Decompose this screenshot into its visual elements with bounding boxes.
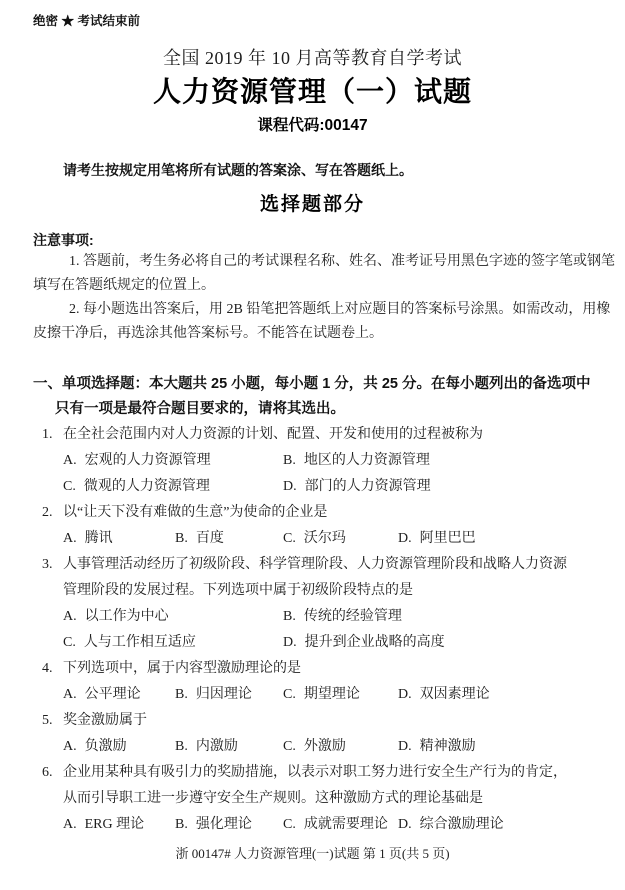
question-text-line-1: 企业用某种具有吸引力的奖励措施，以表示对职工努力进行安全生产行为的肯定， [63, 760, 592, 786]
option-text: 强化理论 [196, 817, 252, 832]
option-label: D. [398, 739, 412, 754]
question-text-line-1: 人事管理活动经历了初级阶段、科学管理阶段、人力资源管理阶段和战略人力资源 [63, 552, 592, 578]
question-6: 6. 企业用某种具有吸引力的奖励措施，以表示对职工努力进行安全生产行为的肯定， … [33, 760, 592, 838]
exam-title: 人力资源管理（一）试题 [33, 75, 592, 109]
question-list: 1. 在全社会范围内对人力资源的计划、配置、开发和使用的过程被称为 A.宏观的人… [33, 422, 592, 838]
option-label: B. [175, 531, 188, 546]
option-text: 沃尔玛 [304, 531, 346, 546]
option-text: 地区的人力资源管理 [304, 453, 430, 468]
option-d: D.精神激励 [398, 734, 592, 760]
option-b: B.归因理论 [175, 682, 283, 708]
option-d: D.双因素理论 [398, 682, 592, 708]
option-d: D.阿里巴巴 [398, 526, 592, 552]
option-c: C.人与工作相互适应 [63, 630, 283, 656]
question-options: A.负激励 B.内激励 C.外激励 D.精神激励 [63, 734, 592, 760]
question-text: 奖金激励属于 [63, 708, 592, 734]
question-options: A.ERG 理论 B.强化理论 C.成就需要理论 D.综合激励理论 [63, 812, 592, 838]
option-label: A. [63, 817, 77, 832]
question-3: 3. 人事管理活动经历了初级阶段、科学管理阶段、人力资源管理阶段和战略人力资源 … [33, 552, 592, 656]
question-number: 1. [42, 422, 63, 500]
notice-item-2-line-2: 皮擦干净后，再选涂其他答案标号。不能答在试题卷上。 [33, 322, 592, 346]
option-label: A. [63, 687, 77, 702]
option-label: D. [398, 687, 412, 702]
option-text: 成就需要理论 [304, 817, 388, 832]
option-b: B.强化理论 [175, 812, 283, 838]
option-label: B. [175, 687, 188, 702]
option-text: 传统的经验管理 [304, 609, 402, 624]
option-label: C. [63, 479, 76, 494]
option-text: 公平理论 [85, 687, 141, 702]
option-text: 宏观的人力资源管理 [85, 453, 211, 468]
option-d: D.综合激励理论 [398, 812, 592, 838]
option-label: B. [175, 817, 188, 832]
option-text: 内激励 [196, 739, 238, 754]
part-one-heading: 一、单项选择题：本大题共 25 小题，每小题 1 分，共 25 分。在每小题列出… [33, 372, 592, 422]
question-text: 以“让天下没有难做的生意”为使命的企业是 [63, 500, 592, 526]
option-label: D. [283, 635, 297, 650]
notice-item-2-line-1: 2. 每小题选出答案后，用 2B 铅笔把答题纸上对应题目的答案标号涂黑。如需改动… [33, 298, 592, 322]
answer-instruction: 请考生按规定用笔将所有试题的答案涂、写在答题纸上。 [33, 160, 592, 180]
option-label: C. [283, 817, 296, 832]
question-number: 4. [42, 656, 63, 708]
option-a: A.负激励 [63, 734, 175, 760]
exam-paper-page: 绝密 ★ 考试结束前 全国 2019 年 10 月高等教育自学考试 人力资源管理… [0, 0, 625, 890]
question-number: 2. [42, 500, 63, 552]
question-text-line-2: 管理阶段的发展过程。下列选项中属于初级阶段特点的是 [63, 578, 592, 604]
exam-session-title: 全国 2019 年 10 月高等教育自学考试 [33, 46, 592, 70]
option-text: 归因理论 [196, 687, 252, 702]
option-c: C.微观的人力资源管理 [63, 474, 283, 500]
question-options: A.腾讯 B.百度 C.沃尔玛 D.阿里巴巴 [63, 526, 592, 552]
option-b: B.百度 [175, 526, 283, 552]
option-a: A.宏观的人力资源管理 [63, 448, 283, 474]
notice-block: 注意事项: 1. 答题前，考生务必将自己的考试课程名称、姓名、准考证号用黑色字迹… [33, 230, 592, 346]
option-label: D. [398, 817, 412, 832]
section-title: 选择题部分 [33, 192, 592, 218]
option-text: 百度 [196, 531, 224, 546]
option-text: 阿里巴巴 [420, 531, 476, 546]
question-options: A.以工作为中心 B.传统的经验管理 C.人与工作相互适应 D.提升到企业战略的… [63, 604, 592, 656]
option-text: 人与工作相互适应 [84, 635, 196, 650]
option-label: B. [175, 739, 188, 754]
option-text: 综合激励理论 [420, 817, 504, 832]
question-number: 5. [42, 708, 63, 760]
option-text: 微观的人力资源管理 [84, 479, 210, 494]
option-label: B. [283, 453, 296, 468]
option-label: C. [283, 687, 296, 702]
option-text: 期望理论 [304, 687, 360, 702]
notice-item-1-line-1: 1. 答题前，考生务必将自己的考试课程名称、姓名、准考证号用黑色字迹的签字笔或钢… [33, 250, 592, 274]
page-footer: 浙 00147# 人力资源管理(一)试题 第 1 页(共 5 页) [33, 844, 592, 864]
option-label: D. [398, 531, 412, 546]
option-c: C.外激励 [283, 734, 398, 760]
question-number: 6. [42, 760, 63, 838]
option-label: A. [63, 609, 77, 624]
option-text: 提升到企业战略的高度 [305, 635, 445, 650]
question-4: 4. 下列选项中，属于内容型激励理论的是 A.公平理论 B.归因理论 C.期望理… [33, 656, 592, 708]
question-1: 1. 在全社会范围内对人力资源的计划、配置、开发和使用的过程被称为 A.宏观的人… [33, 422, 592, 500]
option-a: A.腾讯 [63, 526, 175, 552]
option-a: A.公平理论 [63, 682, 175, 708]
question-text: 下列选项中，属于内容型激励理论的是 [63, 656, 592, 682]
option-text: 腾讯 [85, 531, 113, 546]
option-a: A.以工作为中心 [63, 604, 283, 630]
option-b: B.地区的人力资源管理 [283, 448, 592, 474]
notice-item-1-line-2: 填写在答题纸规定的位置上。 [33, 274, 592, 298]
question-options: A.公平理论 B.归因理论 C.期望理论 D.双因素理论 [63, 682, 592, 708]
question-2: 2. 以“让天下没有难做的生意”为使命的企业是 A.腾讯 B.百度 C.沃尔玛 … [33, 500, 592, 552]
option-text: 部门的人力资源管理 [305, 479, 431, 494]
question-5: 5. 奖金激励属于 A.负激励 B.内激励 C.外激励 D.精神激励 [33, 708, 592, 760]
option-label: C. [283, 739, 296, 754]
option-text: 双因素理论 [420, 687, 490, 702]
option-text: 负激励 [85, 739, 127, 754]
option-c: C.沃尔玛 [283, 526, 398, 552]
option-label: D. [283, 479, 297, 494]
option-b: B.传统的经验管理 [283, 604, 592, 630]
option-c: C.期望理论 [283, 682, 398, 708]
question-text-line-2: 从而引导职工进一步遵守安全生产规则。这种激励方式的理论基础是 [63, 786, 592, 812]
option-a: A.ERG 理论 [63, 812, 175, 838]
option-text: 外激励 [304, 739, 346, 754]
option-label: C. [63, 635, 76, 650]
option-label: A. [63, 453, 77, 468]
option-d: D.提升到企业战略的高度 [283, 630, 592, 656]
question-text: 在全社会范围内对人力资源的计划、配置、开发和使用的过程被称为 [63, 422, 592, 448]
part-one-heading-line-1: 一、单项选择题：本大题共 25 小题，每小题 1 分，共 25 分。在每小题列出… [33, 372, 592, 397]
option-text: 精神激励 [420, 739, 476, 754]
option-label: C. [283, 531, 296, 546]
option-c: C.成就需要理论 [283, 812, 398, 838]
course-code: 课程代码:00147 [33, 116, 592, 136]
option-d: D.部门的人力资源管理 [283, 474, 592, 500]
option-label: A. [63, 531, 77, 546]
question-number: 3. [42, 552, 63, 656]
option-b: B.内激励 [175, 734, 283, 760]
option-text: 以工作为中心 [85, 609, 169, 624]
option-label: A. [63, 739, 77, 754]
notice-heading: 注意事项: [33, 230, 592, 250]
security-classification: 绝密 ★ 考试结束前 [33, 14, 592, 29]
option-label: B. [283, 609, 296, 624]
question-options: A.宏观的人力资源管理 B.地区的人力资源管理 C.微观的人力资源管理 D.部门… [63, 448, 592, 500]
option-text: ERG 理论 [85, 817, 145, 832]
part-one-heading-line-2: 只有一项是最符合题目要求的，请将其选出。 [33, 397, 592, 422]
